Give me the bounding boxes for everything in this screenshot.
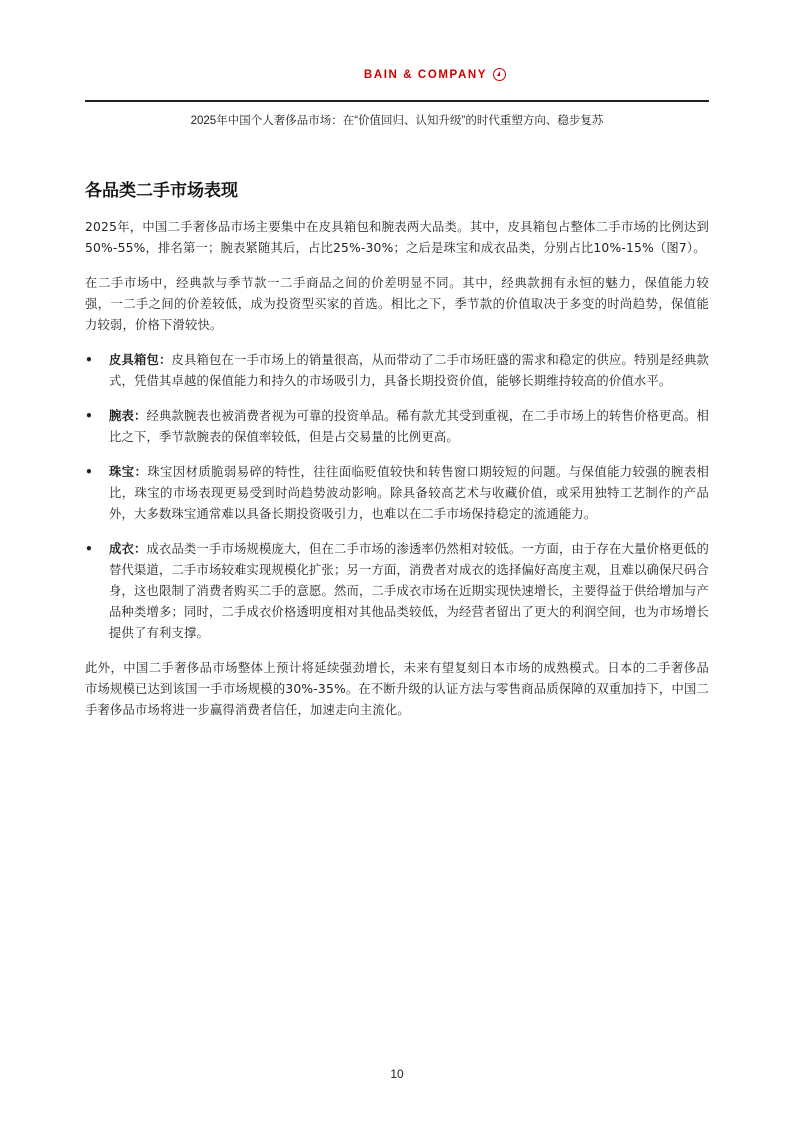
bullet-term: 珠宝： [109,465,147,479]
bullet-term: 腕表： [109,409,147,423]
main-content: 各品类二手市场表现 2025年，中国二手奢侈品市场主要集中在皮具箱包和腕表两大品… [85,176,709,735]
section-title: 各品类二手市场表现 [85,176,709,201]
bullet-marker: • [85,350,93,371]
brand-name: BAIN & COMPANY [364,69,487,81]
paragraph-closing: 此外，中国二手奢侈品市场整体上预计将延续强劲增长，未来有望复刻日本市场的成熟模式… [85,658,709,721]
bullet-term: 成衣： [109,542,147,556]
bullet-marker: • [85,406,93,427]
paragraph-price-gap: 在二手市场中，经典款与季节款一二手商品之间的价差明显不同。其中，经典款拥有永恒的… [85,273,709,336]
bullet-watches: • 腕表：经典款腕表也被消费者视为可靠的投资单品。稀有款尤其受到重视，在二手市场… [85,406,709,448]
bullet-jewelry: • 珠宝：珠宝因材质脆弱易碎的特性，往往面临贬值较快和转售窗口期较短的问题。与保… [85,462,709,525]
paragraph-intro: 2025年，中国二手奢侈品市场主要集中在皮具箱包和腕表两大品类。其中，皮具箱包占… [85,217,709,259]
bullet-text: 经典款腕表也被消费者视为可靠的投资单品。稀有款尤其受到重视，在二手市场上的转售价… [109,409,709,444]
bullet-leather-goods: • 皮具箱包：皮具箱包在一手市场上的销量很高，从而带动了二手市场旺盛的需求和稳定… [85,350,709,392]
brand-header: BAIN & COMPANY [0,68,794,81]
bullet-marker: • [85,539,93,560]
page-number: 10 [0,1067,794,1081]
header-divider [85,100,709,102]
bullet-term: 皮具箱包： [109,353,172,367]
bullet-text: 皮具箱包在一手市场上的销量很高，从而带动了二手市场旺盛的需求和稳定的供应。特别是… [109,353,709,388]
bullet-apparel: • 成衣：成衣品类一手市场规模庞大，但在二手市场的渗透率仍然相对较低。一方面，由… [85,539,709,644]
bain-logo-circle-icon [493,68,506,81]
category-bullet-list: • 皮具箱包：皮具箱包在一手市场上的销量很高，从而带动了二手市场旺盛的需求和稳定… [85,350,709,644]
bullet-marker: • [85,462,93,483]
bullet-text: 珠宝因材质脆弱易碎的特性，往往面临贬值较快和转售窗口期较短的问题。与保值能力较强… [109,465,709,521]
report-subtitle: 2025年中国个人奢侈品市场：在“价值回归、认知升级”的时代重塑方向、稳步复苏 [85,112,709,128]
bullet-text: 成衣品类一手市场规模庞大，但在二手市场的渗透率仍然相对较低。一方面，由于存在大量… [109,542,709,640]
